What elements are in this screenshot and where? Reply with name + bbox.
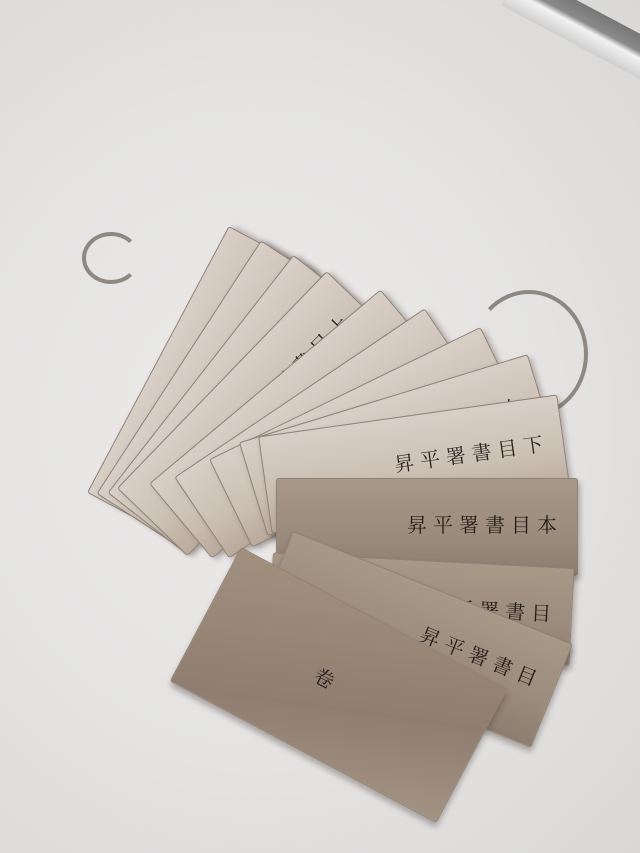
book-title: 卷 <box>309 660 346 698</box>
book-title: 昇平署書目本 <box>407 509 563 538</box>
table-edge <box>501 0 640 90</box>
binding-string-left <box>82 232 140 284</box>
book-title: 昇平署書目下 <box>392 427 551 477</box>
photo-scene: 昇平署劇 收藏全文 昇平署書目 昇平署書目上 昇平署書目 昇平署選目 昇平署戲目… <box>0 0 640 853</box>
